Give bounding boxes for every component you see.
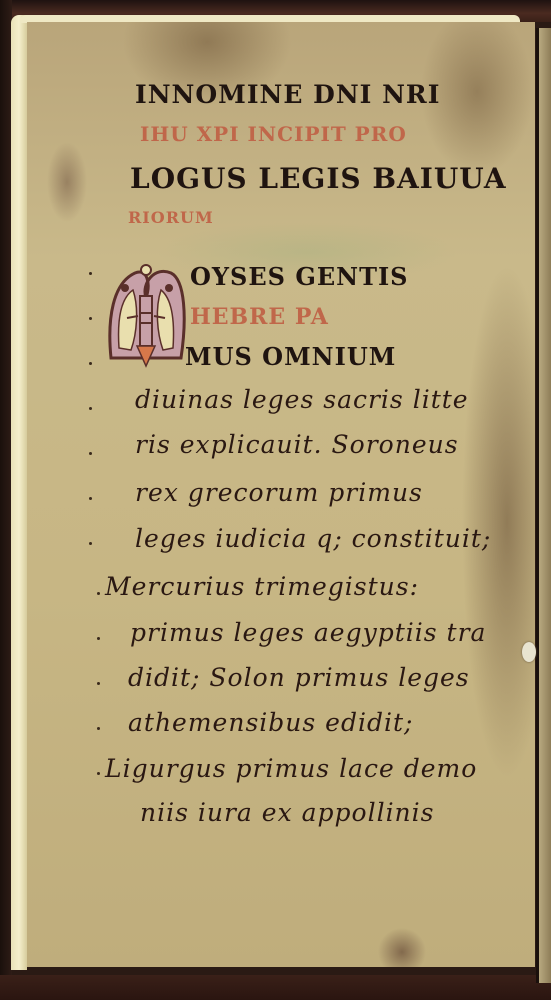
pricking-mark: [89, 497, 92, 500]
text-line: Mercurius trimegistus:: [105, 572, 419, 601]
text-line: didit; Solon primus leges: [128, 663, 470, 692]
zoomorphic-initial-icon: [105, 258, 187, 370]
text-line: athemensibus edidit;: [128, 708, 413, 737]
heading-rubric-line-4: RIORUM: [128, 208, 214, 227]
heading-line-3: LOGUS LEGIS BAIUUA: [130, 162, 507, 195]
text-line: OYSES GENTIS: [190, 262, 409, 291]
pricking-mark: [89, 452, 92, 455]
rubric-line: HEBRE PA: [190, 304, 329, 330]
text-line: ris explicauit. Soroneus: [135, 430, 459, 459]
pricking-mark: [89, 407, 92, 410]
text-line: diuinas leges sacris litte: [135, 385, 469, 414]
text-line: MUS OMNIUM: [185, 342, 396, 371]
text-line: Ligurgus primus lace demo: [105, 754, 477, 783]
pricking-mark: [97, 592, 100, 595]
pricking-mark: [97, 727, 100, 730]
text-line: rex grecorum primus: [135, 478, 423, 507]
pricking-mark: [97, 682, 100, 685]
pricking-mark: [97, 772, 100, 775]
pricking-mark: [97, 637, 100, 640]
text-line: primus leges aegyptiis tra: [130, 618, 486, 647]
pricking-mark: [89, 317, 92, 320]
text-line: leges iudicia q; constituit;: [135, 524, 491, 553]
binding-bottom: [0, 975, 551, 1000]
page-edge-left: [11, 15, 27, 970]
text-line: niis iura ex appollinis: [140, 798, 434, 827]
heading-rubric-line-2: IHU XPI INCIPIT PRO: [140, 122, 407, 146]
pricking-mark: [89, 362, 92, 365]
decorated-initial-m: [105, 258, 187, 370]
heading-line-1: INNOMINE DNI NRI: [135, 80, 440, 109]
pricking-mark: [89, 272, 92, 275]
parchment-hole: [522, 642, 536, 662]
pricking-mark: [89, 542, 92, 545]
next-page-edge: [536, 28, 551, 983]
